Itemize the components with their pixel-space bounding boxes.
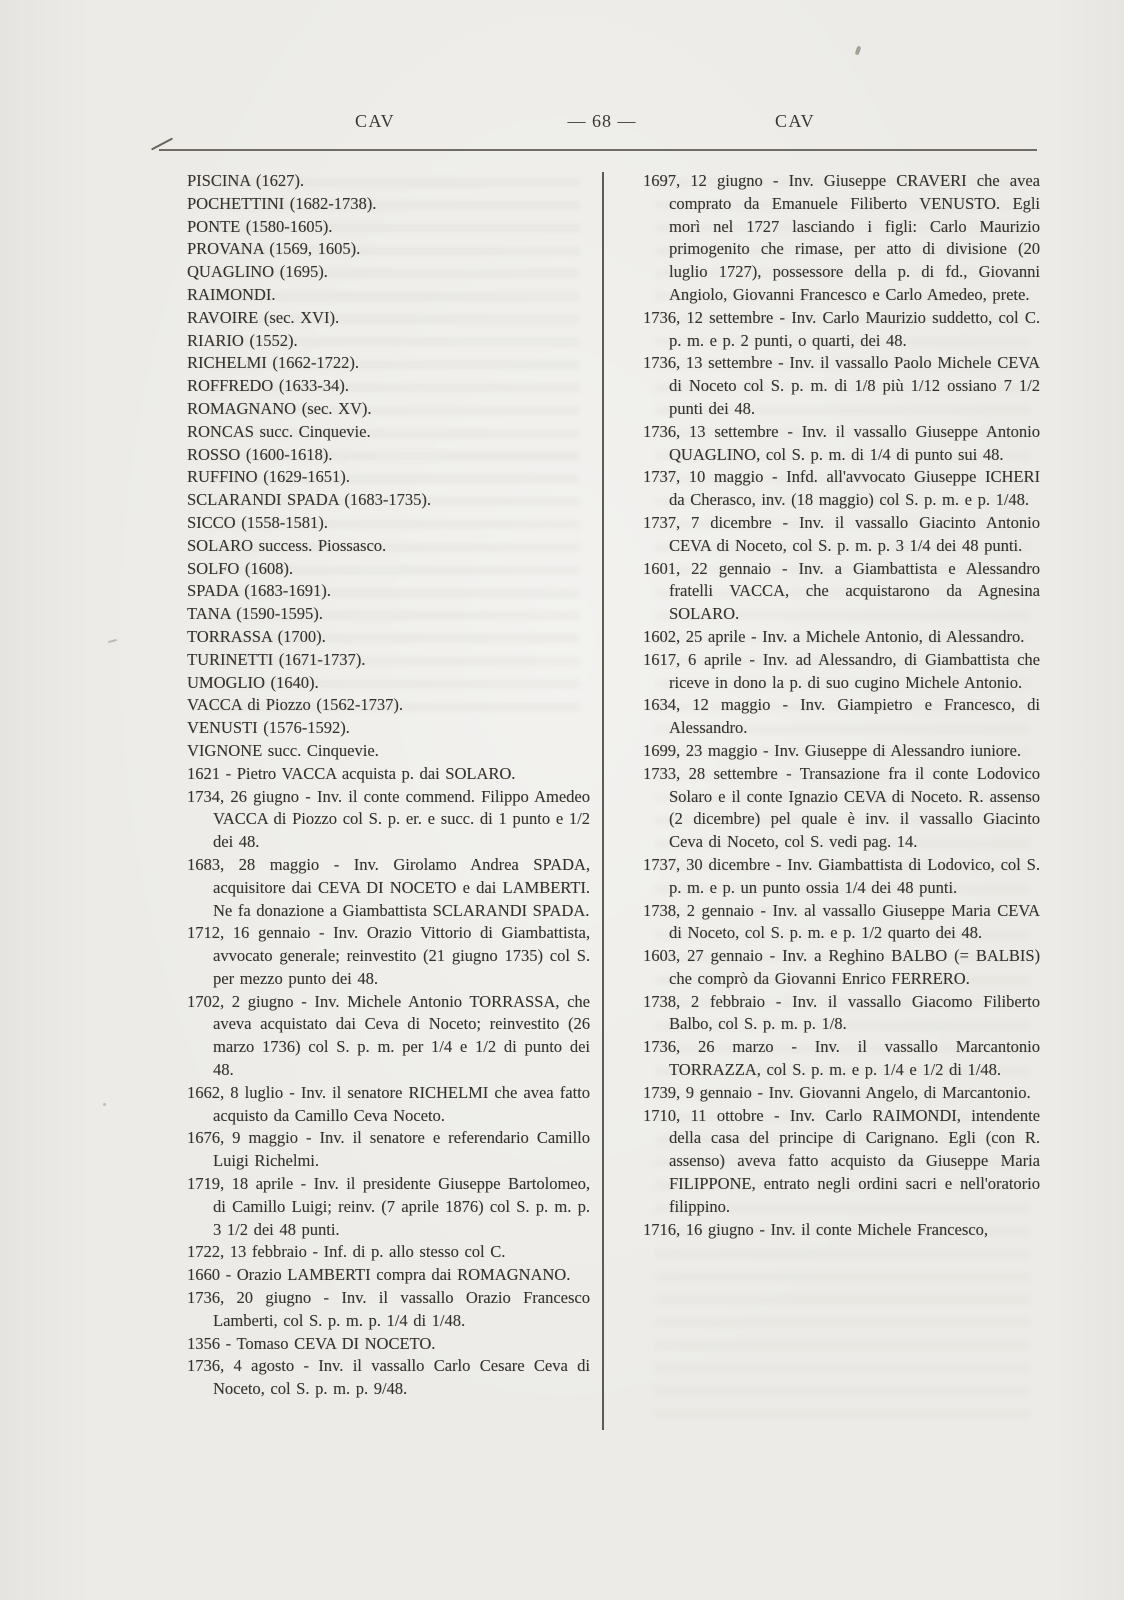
record-entry: 1676, 9 maggio - Inv. il senatore e refe…: [187, 1127, 590, 1173]
family-list-item: RIARIO (1552).: [187, 330, 590, 353]
record-entry: 1712, 16 gennaio - Inv. Orazio Vittorio …: [187, 922, 590, 990]
record-entry: 1737, 10 maggio - Infd. all'avvocato Giu…: [643, 466, 1040, 512]
record-entry: 1739, 9 gennaio - Inv. Giovanni Angelo, …: [643, 1082, 1040, 1105]
record-entry: 1699, 23 maggio - Inv. Giuseppe di Aless…: [643, 740, 1040, 763]
family-list-item: TORRASSA (1700).: [187, 626, 590, 649]
family-list-item: TURINETTI (1671-1737).: [187, 649, 590, 672]
record-entry: 1662, 8 luglio - Inv. il senatore RICHEL…: [187, 1082, 590, 1128]
record-entry: 1734, 26 giugno - Inv. il conte commend.…: [187, 786, 590, 854]
record-entry: 1738, 2 febbraio - Inv. il vassallo Giac…: [643, 991, 1040, 1037]
record-entry: 1710, 11 ottobre - Inv. Carlo RAIMONDI, …: [643, 1105, 1040, 1219]
family-list-item: ROFFREDO (1633-34).: [187, 375, 590, 398]
record-entry: 1737, 30 dicembre - Inv. Giambattista di…: [643, 854, 1040, 900]
running-title-right: CAV: [775, 111, 815, 132]
record-entry: 1601, 22 gennaio - Inv. a Giambattista e…: [643, 558, 1040, 626]
scan-speck: [103, 1103, 106, 1106]
record-entry: 1736, 12 settembre - Inv. Carlo Maurizio…: [643, 307, 1040, 353]
family-list-item: PONTE (1580-1605).: [187, 216, 590, 239]
record-entry: 1722, 13 febbraio - Inf. di p. allo stes…: [187, 1241, 590, 1264]
book-page: CAV — 68 — CAV PISCINA (1627).POCHETTINI…: [0, 0, 1124, 1600]
left-column: PISCINA (1627).POCHETTINI (1682-1738).PO…: [187, 170, 590, 1401]
family-list-item: TANA (1590-1595).: [187, 603, 590, 626]
header-rule: [159, 149, 1037, 151]
page-number: — 68 —: [0, 111, 1124, 132]
record-entry: 1736, 26 marzo - Inv. il vassallo Marcan…: [643, 1036, 1040, 1082]
family-list-item: RONCAS succ. Cinquevie.: [187, 421, 590, 444]
family-list-item: VENUSTI (1576-1592).: [187, 717, 590, 740]
record-entry: 1603, 27 gennaio - Inv. a Reghino BALBO …: [643, 945, 1040, 991]
family-list-item: SCLARANDI SPADA (1683-1735).: [187, 489, 590, 512]
record-entry: 1660 - Orazio LAMBERTI compra dai ROMAGN…: [187, 1264, 590, 1287]
record-entry: 1738, 2 gennaio - Inv. al vassallo Giuse…: [643, 900, 1040, 946]
family-list-item: ROSSO (1600-1618).: [187, 444, 590, 467]
family-list-item: QUAGLINO (1695).: [187, 261, 590, 284]
family-list-item: UMOGLIO (1640).: [187, 672, 590, 695]
record-entry: 1697, 12 giugno - Inv. Giuseppe CRAVERI …: [643, 170, 1040, 307]
record-entry: 1621 - Pietro VACCA acquista p. dai SOLA…: [187, 763, 590, 786]
record-entry: 1602, 25 aprile - Inv. a Michele Antonio…: [643, 626, 1040, 649]
family-list-item: SOLARO success. Piossasco.: [187, 535, 590, 558]
record-entry: 1737, 7 dicembre - Inv. il vassallo Giac…: [643, 512, 1040, 558]
scan-speck: [108, 639, 117, 643]
family-list-item: RICHELMI (1662-1722).: [187, 352, 590, 375]
right-column: 1697, 12 giugno - Inv. Giuseppe CRAVERI …: [643, 170, 1040, 1241]
record-entry: 1702, 2 giugno - Inv. Michele Antonio TO…: [187, 991, 590, 1082]
family-list-item: RAVOIRE (sec. XVI).: [187, 307, 590, 330]
family-list-item: PROVANA (1569, 1605).: [187, 238, 590, 261]
record-entry: 1683, 28 maggio - Inv. Girolamo Andrea S…: [187, 854, 590, 922]
record-entry: 1719, 18 aprile - Inv. il presidente Giu…: [187, 1173, 590, 1241]
column-divider: [602, 172, 604, 1430]
family-list-item: SOLFO (1608).: [187, 558, 590, 581]
family-list-item: ROMAGNANO (sec. XV).: [187, 398, 590, 421]
record-entry: 1716, 16 giugno - Inv. il conte Michele …: [643, 1219, 1040, 1242]
family-list-item: PISCINA (1627).: [187, 170, 590, 193]
record-entry: 1736, 4 agosto - Inv. il vassallo Carlo …: [187, 1355, 590, 1401]
family-list-item: VIGNONE succ. Cinquevie.: [187, 740, 590, 763]
family-list-item: SICCO (1558-1581).: [187, 512, 590, 535]
scan-speck: [855, 46, 862, 56]
family-list-item: SPADA (1683-1691).: [187, 580, 590, 603]
record-entry: 1356 - Tomaso CEVA DI NOCETO.: [187, 1333, 590, 1356]
family-list-item: RAIMONDI.: [187, 284, 590, 307]
record-entry: 1736, 13 settembre - Inv. il vassallo Pa…: [643, 352, 1040, 420]
record-entry: 1733, 28 settembre - Transazione fra il …: [643, 763, 1040, 854]
family-list-item: VACCA di Piozzo (1562-1737).: [187, 694, 590, 717]
record-entry: 1736, 13 settembre - Inv. il vassallo Gi…: [643, 421, 1040, 467]
family-list-item: POCHETTINI (1682-1738).: [187, 193, 590, 216]
family-list-item: RUFFINO (1629-1651).: [187, 466, 590, 489]
record-entry: 1634, 12 maggio - Inv. Giampietro e Fran…: [643, 694, 1040, 740]
record-entry: 1617, 6 aprile - Inv. ad Alessandro, di …: [643, 649, 1040, 695]
record-entry: 1736, 20 giugno - Inv. il vassallo Orazi…: [187, 1287, 590, 1333]
